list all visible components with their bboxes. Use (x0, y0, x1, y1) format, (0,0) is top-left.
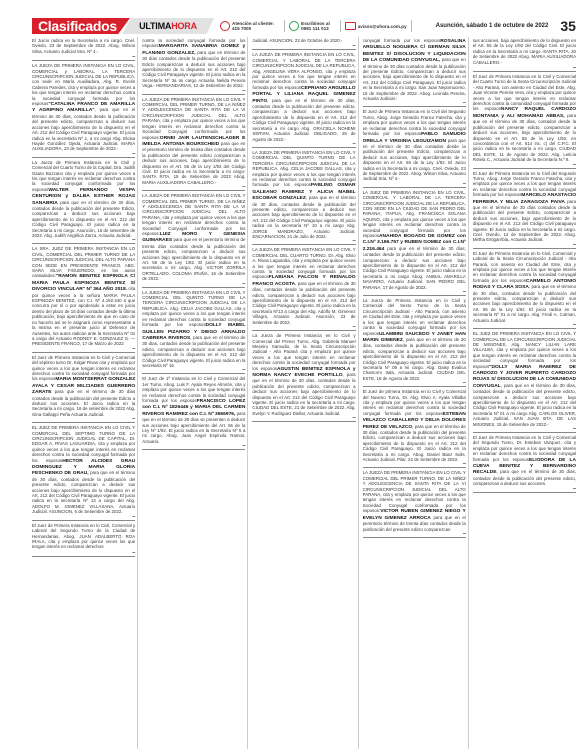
legal-notice: El Juicio radica en la Secretaría a mi c… (32, 37, 135, 61)
notice-code-mark: ▬ (142, 282, 245, 285)
legal-notice: Judicial. ASUNCION, 23 de Octubre de 202… (252, 37, 355, 50)
notice-code-mark: ▬ (473, 323, 576, 326)
notice-code-mark: ▬ (252, 416, 355, 419)
notice-code-mark: ▬ (252, 44, 355, 47)
contact-email-address: avisos@uhora.com.py (358, 24, 407, 29)
notice-code-mark: ▬ (363, 101, 466, 104)
legal-notice: La Jueza de Primera Instancia en lo Civi… (32, 159, 135, 245)
notice-code-mark: ▬ (473, 487, 576, 490)
notice-code-mark: ▬ (363, 462, 466, 465)
notice-text: para que en el término de 30 días, conta… (363, 246, 466, 290)
logo-part-ultima: ULTIMA (139, 21, 171, 31)
notice-text: Judicial. ASUNCION, 23 de Octubre de 202… (252, 38, 342, 43)
notice-code-mark: ▬ (363, 290, 466, 293)
legal-notice: sus acciones, bajo apercibimiento de lo … (473, 37, 576, 72)
legal-notice: El Juez de Primera Instancia en lo Civil… (473, 170, 576, 249)
notice-text: para que en el perentorio término de tre… (142, 237, 245, 281)
notice-text: El Juicio radica en la Secretaría a mi c… (32, 38, 135, 54)
legal-notice: El Juez de Primera Instancia en lo Civil… (32, 354, 135, 423)
legal-notice: El Juez de primera Instancia en lo Civil… (363, 388, 466, 468)
legal-notice: conyugal formada por los espososROSALINA… (363, 37, 466, 107)
legal-notice: LA JUEZA DE PRIMERA INSTANCIA EN LO CIVI… (142, 289, 245, 375)
notice-code-mark: ▬ (142, 368, 245, 371)
notice-code-mark: ▬ (252, 142, 355, 145)
legal-notice: LA JUEZA DE PRIMERA INSTANCIA EN LO CIVI… (142, 96, 245, 192)
notice-text: LA JUEZA DE PRIMERA INSTANCIA EN LO CIVI… (252, 52, 355, 89)
page-number: 35 (560, 18, 576, 34)
notice-text: El Juez de Primera Instancia en lo Civil… (32, 523, 135, 550)
notice-code-mark: ▬ (32, 238, 135, 241)
contact-phone: Atención al cliente: 415 7000 (220, 21, 274, 31)
notice-code-mark: ▬ (32, 347, 135, 350)
logo-part-hora: HORA (171, 21, 197, 31)
notice-text: , para que en el término de 30 días, con… (473, 383, 576, 427)
legal-notice: contra la sociedad conyugal formada por … (142, 37, 245, 95)
column-4: conyugal formada por los espososROSALINA… (363, 37, 469, 749)
whatsapp-icon (289, 21, 299, 31)
notice-text: LA JUEZA DE PRIMERA INSTANCIA EN LO CIVI… (32, 63, 135, 106)
page-header: Clasificados ULTIMAHORA Atención al clie… (32, 18, 580, 34)
legal-notice: LA JUEZA DE PRIMERA INSTANCIA EN LO CIVI… (252, 149, 355, 246)
notice-code-mark: ▬ (32, 551, 135, 554)
notice-text: LA JUEZ DE PRIMERA INSTANCIA EN LO CIVIL… (363, 190, 466, 238)
legal-notice: El Juez de Primera Instancia en lo Civil… (473, 250, 576, 329)
notice-text: cita por quince veces a la señora MARIA … (32, 286, 135, 346)
legal-notice: EL JUEZ DE PRIMERA INSTANCIA EN LO CIVIL… (473, 330, 576, 433)
notice-text: , para que en el término de 30 días, con… (363, 424, 466, 462)
contact-email: avisos@uhora.com.py (336, 20, 416, 32)
notice-text: , para que en el término de 30 días, con… (363, 337, 466, 381)
legal-notice: LA JUEZ DE PRIMERA INSTANCIA EN LO CIVIL… (363, 189, 466, 296)
notice-code-mark: ▬ (32, 515, 135, 518)
notice-text: EL JUEZ DE PRIMERA INSTANCIA EN LO CIVIL… (473, 331, 576, 368)
column-2: contra la sociedad conyugal formada por … (142, 37, 248, 749)
legal-notice: El Juez de Primera Instancia en lo Civil… (363, 108, 466, 187)
notice-text: La Jueza de Primera Instancia en lo Civi… (252, 333, 355, 370)
notice-text: EL JUEZ DE PRIMERA INSTANCIA EN LO CIVIL… (32, 425, 135, 462)
notice-text: El Juez de Primera Instancia en lo Civil… (473, 74, 576, 111)
legal-notice: LA JUEZA DE PRIMERA INSTANCIA EN LO CIVI… (363, 469, 466, 537)
notice-text: LA JUEZA DE PRIMERA INSTANCIA EN LO CIVI… (142, 193, 245, 236)
legal-notice: LA JUEZA DE PRIMERA INSTANCIA EN LO CIVI… (32, 62, 135, 158)
contact-phone-number: 415 7000 (232, 26, 274, 31)
notice-code-mark: ▬ (473, 427, 576, 430)
legal-notice: LA JUEZA DE PRIMERA INSTANCIA EN LO CIVI… (252, 51, 355, 148)
legal-notice: El Juez de Primera Instancia en lo Civil… (32, 522, 135, 557)
envelope-icon (345, 22, 356, 30)
divider (340, 20, 341, 32)
notice-text: , para que en el término de 30 días, con… (252, 372, 355, 416)
notice-text: , para que en el término de 30 días, con… (252, 195, 355, 239)
legal-notice: La Jueza de Primera Instancia en lo Civi… (363, 297, 466, 387)
notice-code-mark: ▬ (473, 66, 576, 69)
legal-notice: LA JUEZA DE PRIMERA INSTANCIA EN LO CIVI… (252, 246, 355, 331)
notice-code-mark: ▬ (32, 152, 135, 155)
notice-code-mark: ▬ (142, 444, 245, 447)
notice-code-mark: ▬ (252, 239, 355, 242)
notice-text: para que en el término de 30 días contad… (363, 57, 466, 101)
notice-text: LA JUEZA DE PRIMERA INSTANCIA EN LO CIVI… (142, 290, 245, 327)
notice-code-mark: ▬ (32, 55, 135, 58)
column-3: Judicial. ASUNCION, 23 de Octubre de 202… (252, 37, 358, 749)
section-title: Clasificados (32, 18, 130, 34)
legal-notice: El Juez de Primera Instancia en lo Civil… (473, 73, 576, 169)
legal-notice: LA JUEZA DE PRIMERA INSTANCIA EN LO CIVI… (142, 192, 245, 288)
legal-notice: LA SRA. JUEZ DE PRIMERA INSTANCIA EN LO … (32, 245, 135, 352)
column-5: sus acciones, bajo apercibimiento de lo … (473, 37, 578, 749)
phone-icon (220, 21, 230, 31)
legal-notice: EL JUEZ DE PRIMERA INSTANCIA EN LO CIVIL… (32, 424, 135, 521)
notice-text: LA JUEZA DE PRIMERA INSTANCIA EN LO CIVI… (363, 470, 466, 513)
legal-notice: El Juez de Primera Instancia en lo Civil… (473, 434, 576, 493)
notice-text: para que en el término de 30 días, conta… (32, 200, 135, 238)
classifieds-columns: El Juicio radica en la Secretaría a mi c… (32, 37, 578, 749)
notice-text: para que en el término de 30 días, conta… (473, 113, 576, 162)
column-1: El Juicio radica en la Secretaría a mi c… (32, 37, 138, 749)
legal-notice: La Jueza de Primera Instancia en lo Civi… (252, 332, 355, 422)
notice-text: para que en el término de 30 días, conta… (32, 470, 135, 514)
newspaper-logo: ULTIMAHORA (122, 18, 214, 34)
notice-text: , para que en el término de 30 días, con… (252, 281, 355, 325)
dateline: Asunción, sábado 1 de octubre de 2022 (436, 23, 549, 29)
notice-text: La Jueza de Primera Instancia en lo Civi… (363, 298, 466, 335)
contact-whatsapp: Escribinos al 0981 111 013 (280, 20, 330, 32)
notice-code-mark: ▬ (142, 89, 245, 92)
notice-code-mark: ▬ (473, 163, 576, 166)
notice-code-mark: ▬ (32, 417, 135, 420)
notice-text: , para que en el término de 30 días, con… (32, 107, 135, 151)
divider (284, 20, 285, 32)
notice-text: para que en el término de 30 días contad… (473, 199, 576, 243)
divider (411, 20, 412, 32)
notice-text: , para que en el término de 30 días, con… (473, 284, 576, 322)
notice-text: para que en el término de 30 días contad… (363, 138, 466, 182)
notice-code-mark: ▬ (473, 243, 576, 246)
notice-text: , para que en el término de 30 días, con… (252, 98, 355, 142)
notice-code-mark: ▬ (363, 532, 466, 535)
contact-whatsapp-number: 0981 111 013 (301, 26, 330, 31)
notice-code-mark: ▬ (363, 182, 466, 185)
notice-text: LA JUEZA DE PRIMERA INSTANCIA EN LO CIVI… (252, 150, 355, 187)
notice-text: conyugal formada por los esposos (363, 38, 441, 43)
notice-text: LA JUEZA DE PRIMERA INSTANCIA EN LO CIVI… (142, 97, 245, 140)
legal-notice: El Juez de 1ª Instancia en lo Civil y Co… (142, 375, 245, 450)
notice-code-mark: ▬ (252, 325, 355, 328)
notice-code-mark: ▬ (363, 381, 466, 384)
notice-code-mark: ▬ (142, 185, 245, 188)
notice-text: para que en el perentorio término de tre… (142, 141, 245, 185)
notice-text: para que en término de 30 días contados … (142, 50, 245, 88)
notice-text: sus acciones, bajo apercibimiento de lo … (473, 38, 576, 65)
